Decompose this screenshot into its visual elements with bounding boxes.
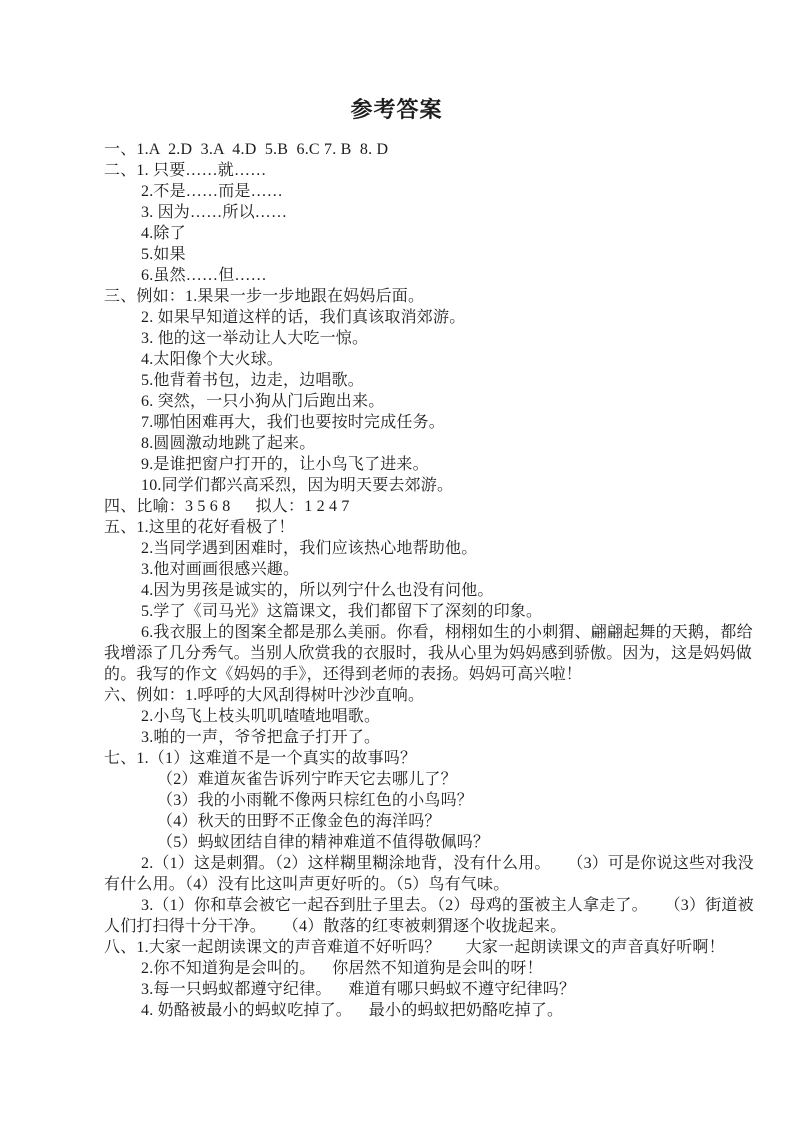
text-line: 4.除了 xyxy=(104,223,754,244)
text-line: 五、1.这里的花好看极了！ xyxy=(104,517,754,538)
text-line: 10.同学们都兴高采烈，因为明天要去郊游。 xyxy=(104,475,754,496)
text-line: 一、1.A 2.D 3.A 4.D 5.B 6.C 7. B 8. D xyxy=(104,139,754,160)
text-line: 2.当同学遇到困难时，我们应该热心地帮助他。 xyxy=(104,538,754,559)
text-line: 我增添了几分秀气。当别人欣赏我的衣服时，我从心里为妈妈感到骄傲。因为，这是妈妈做 xyxy=(104,643,754,664)
text-line: 4. 奶酪被最小的蚂蚁吃掉了。 最小的蚂蚁把奶酪吃掉了。 xyxy=(104,1000,754,1021)
text-line: 6. 突然，一只小狗从门后跑出来。 xyxy=(104,391,754,412)
text-line: 七、1.（1）这难道不是一个真实的故事吗？ xyxy=(104,748,754,769)
text-line: 2.小鸟飞上枝头叽叽喳喳地唱歌。 xyxy=(104,706,754,727)
page-title: 参考答案 xyxy=(0,96,793,124)
text-line: 3.（1）你和草会被它一起吞到肚子里去。（2）母鸡的蛋被主人拿走了。 （3）街道… xyxy=(104,895,754,916)
text-line: 6.虽然……但…… xyxy=(104,265,754,286)
text-line: 2. 如果早知道这样的话，我们真该取消郊游。 xyxy=(104,307,754,328)
text-line: 2.你不知道狗是会叫的。 你居然不知道狗是会叫的呀！ xyxy=(104,958,754,979)
text-line: 3.每一只蚂蚁都遵守纪律。 难道有哪只蚂蚁不遵守纪律吗？ xyxy=(104,979,754,1000)
text-line: 8.圆圆激动地跳了起来。 xyxy=(104,433,754,454)
document-page: 参考答案 一、1.A 2.D 3.A 4.D 5.B 6.C 7. B 8. D… xyxy=(0,0,793,1122)
text-line: 2.不是……而是…… xyxy=(104,181,754,202)
text-line: 的。我写的作文《妈妈的手》，还得到老师的表扬。妈妈可高兴啦！ xyxy=(104,664,754,685)
text-line: 3.他对画画很感兴趣。 xyxy=(104,559,754,580)
text-line: （4）秋天的田野不正像金色的海洋吗？ xyxy=(104,811,754,832)
text-line: 3.啪的一声，爷爷把盒子打开了。 xyxy=(104,727,754,748)
text-line: （5）蚂蚁团结自律的精神难道不值得敬佩吗？ xyxy=(104,832,754,853)
text-line: 6.我衣服上的图案全都是那么美丽。你看，栩栩如生的小刺猬、翩翩起舞的天鹅，都给 xyxy=(104,622,754,643)
document-body: 一、1.A 2.D 3.A 4.D 5.B 6.C 7. B 8. D二、1. … xyxy=(104,139,754,1021)
text-line: 3. 因为……所以…… xyxy=(104,202,754,223)
text-line: 二、1. 只要……就…… xyxy=(104,160,754,181)
text-line: 4.因为男孩是诚实的，所以列宁什么也没有问他。 xyxy=(104,580,754,601)
text-line: 7.哪怕困难再大，我们也要按时完成任务。 xyxy=(104,412,754,433)
text-line: （3）我的小雨靴不像两只棕红色的小鸟吗？ xyxy=(104,790,754,811)
text-line: 4.太阳像个大火球。 xyxy=(104,349,754,370)
text-line: 9.是谁把窗户打开的，让小鸟飞了进来。 xyxy=(104,454,754,475)
text-line: 5.学了《司马光》这篇课文，我们都留下了深刻的印象。 xyxy=(104,601,754,622)
text-line: （2）难道灰雀告诉列宁昨天它去哪儿了？ xyxy=(104,769,754,790)
text-line: 人们打扫得十分干净。 （4）散落的红枣被刺猬逐个收拢起来。 xyxy=(104,916,754,937)
text-line: 5.如果 xyxy=(104,244,754,265)
text-line: 3. 他的这一举动让人大吃一惊。 xyxy=(104,328,754,349)
text-line: 5.他背着书包，边走，边唱歌。 xyxy=(104,370,754,391)
text-line: 八、1.大家一起朗读课文的声音难道不好听吗？ 大家一起朗读课文的声音真好听啊！ xyxy=(104,937,754,958)
text-line: 2.（1）这是刺猬。（2）这样糊里糊涂地背，没有什么用。 （3）可是你说这些对我… xyxy=(104,853,754,874)
text-line: 三、例如：1.果果一步一步地跟在妈妈后面。 xyxy=(104,286,754,307)
text-line: 四、比喻：3 5 6 8 拟人：1 2 4 7 xyxy=(104,496,754,517)
text-line: 六、例如：1.呼呼的大风刮得树叶沙沙直响。 xyxy=(104,685,754,706)
text-line: 有什么用。（4）没有比这叫声更好听的。（5）鸟有气味。 xyxy=(104,874,754,895)
